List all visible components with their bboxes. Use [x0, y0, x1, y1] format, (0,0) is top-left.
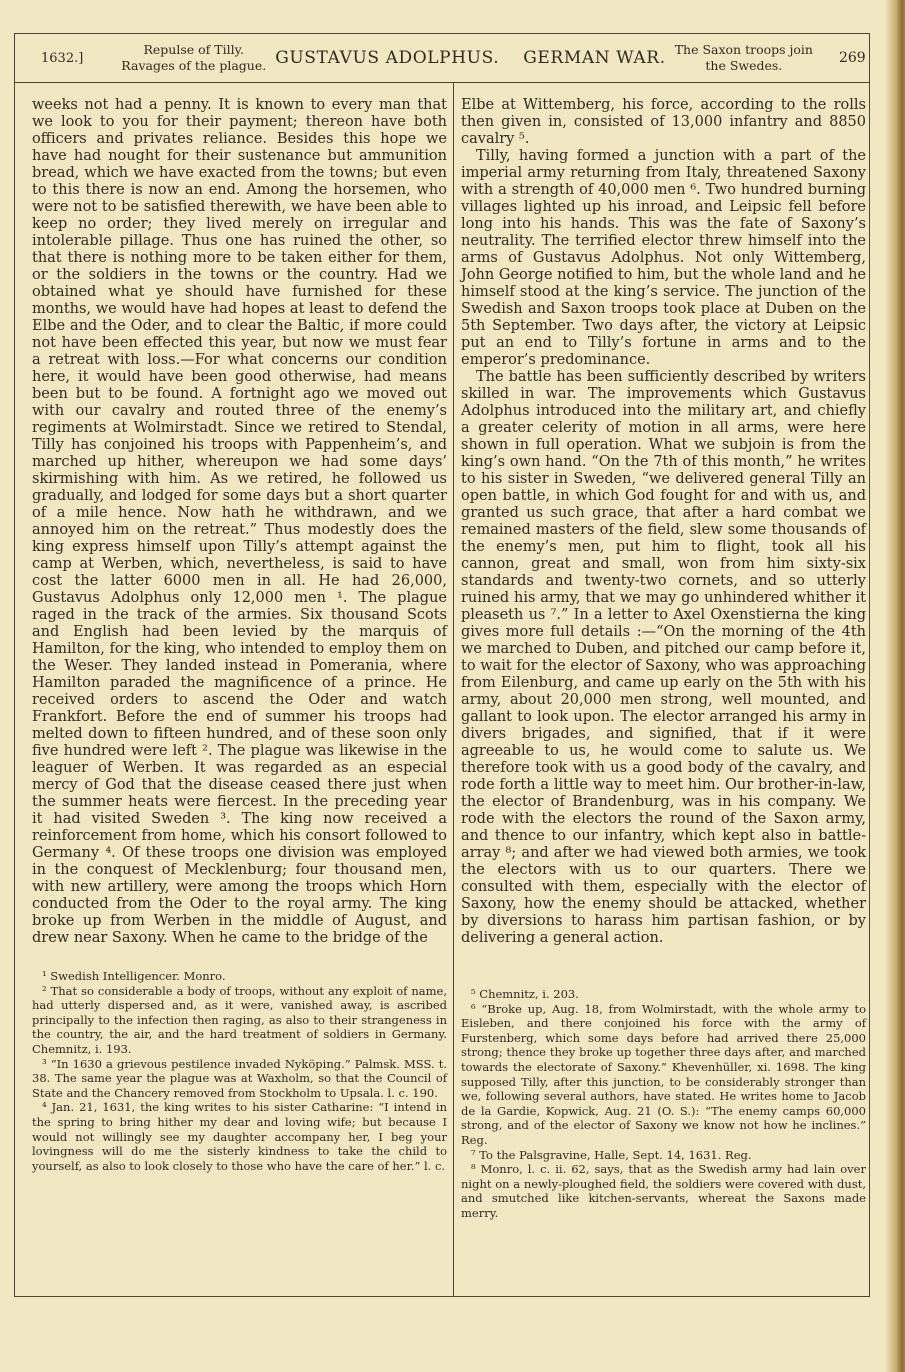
page-title-book: GUSTAVUS ADOLPHUS.	[275, 48, 499, 68]
right-running-note-line2: the Swedes.	[675, 58, 813, 74]
left-running-note: Repulse of Tilly. Ravages of the plague.	[121, 42, 266, 74]
left-running-note-line1: Repulse of Tilly.	[121, 42, 266, 58]
column-divider	[453, 83, 454, 1296]
right-running-note-line1: The Saxon troops join	[675, 42, 813, 58]
footnote: ¹ Swedish Intelligencer. Monro.	[32, 969, 447, 984]
text-columns: weeks not had a penny. It is known to ev…	[15, 83, 869, 1296]
footnote: ³ “In 1630 a grievous pestilence invaded…	[32, 1057, 447, 1101]
left-running-note-line2: Ravages of the plague.	[121, 58, 266, 74]
text-paragraph: Tilly, having formed a junction with a p…	[461, 148, 866, 369]
text-paragraph: Elbe at Wittemberg, his force, according…	[461, 97, 866, 148]
right-column: Elbe at Wittemberg, his force, according…	[461, 97, 866, 1290]
year-label: 1632.]	[41, 51, 83, 66]
footnote: ⁸ Monro, l. c. ii. 62, says, that as the…	[461, 1162, 866, 1220]
running-header: 1632.] Repulse of Tilly. Ravages of the …	[15, 34, 869, 83]
page-frame: 1632.] Repulse of Tilly. Ravages of the …	[14, 33, 870, 1297]
page-title: GUSTAVUS ADOLPHUS. GERMAN WAR.	[266, 48, 675, 68]
text-paragraph: weeks not had a penny. It is known to ev…	[32, 97, 447, 947]
footnote: ² That so considerable a body of troops,…	[32, 984, 447, 1057]
page-title-section: GERMAN WAR.	[523, 48, 665, 68]
left-column: weeks not had a penny. It is known to ev…	[32, 97, 447, 1290]
book-edge-shadow	[885, 0, 905, 1372]
right-running-note: The Saxon troops join the Swedes.	[675, 42, 813, 74]
text-paragraph: The battle has been sufficiently describ…	[461, 369, 866, 947]
footnote: ⁴ Jan. 21, 1631, the king writes to his …	[32, 1100, 447, 1173]
footnote: ⁷ To the Palsgravine, Halle, Sept. 14, 1…	[461, 1148, 866, 1163]
footnotes-section: ¹ Swedish Intelligencer. Monro.² That so…	[32, 969, 447, 1173]
footnote: ⁵ Chemnitz, i. 203.	[461, 987, 866, 1002]
footnotes-section: ⁵ Chemnitz, i. 203.⁶ “Broke up, Aug. 18,…	[461, 987, 866, 1221]
footnote: ⁶ “Broke up, Aug. 18, from Wolmirstadt, …	[461, 1002, 866, 1148]
page-number: 269	[839, 50, 866, 66]
